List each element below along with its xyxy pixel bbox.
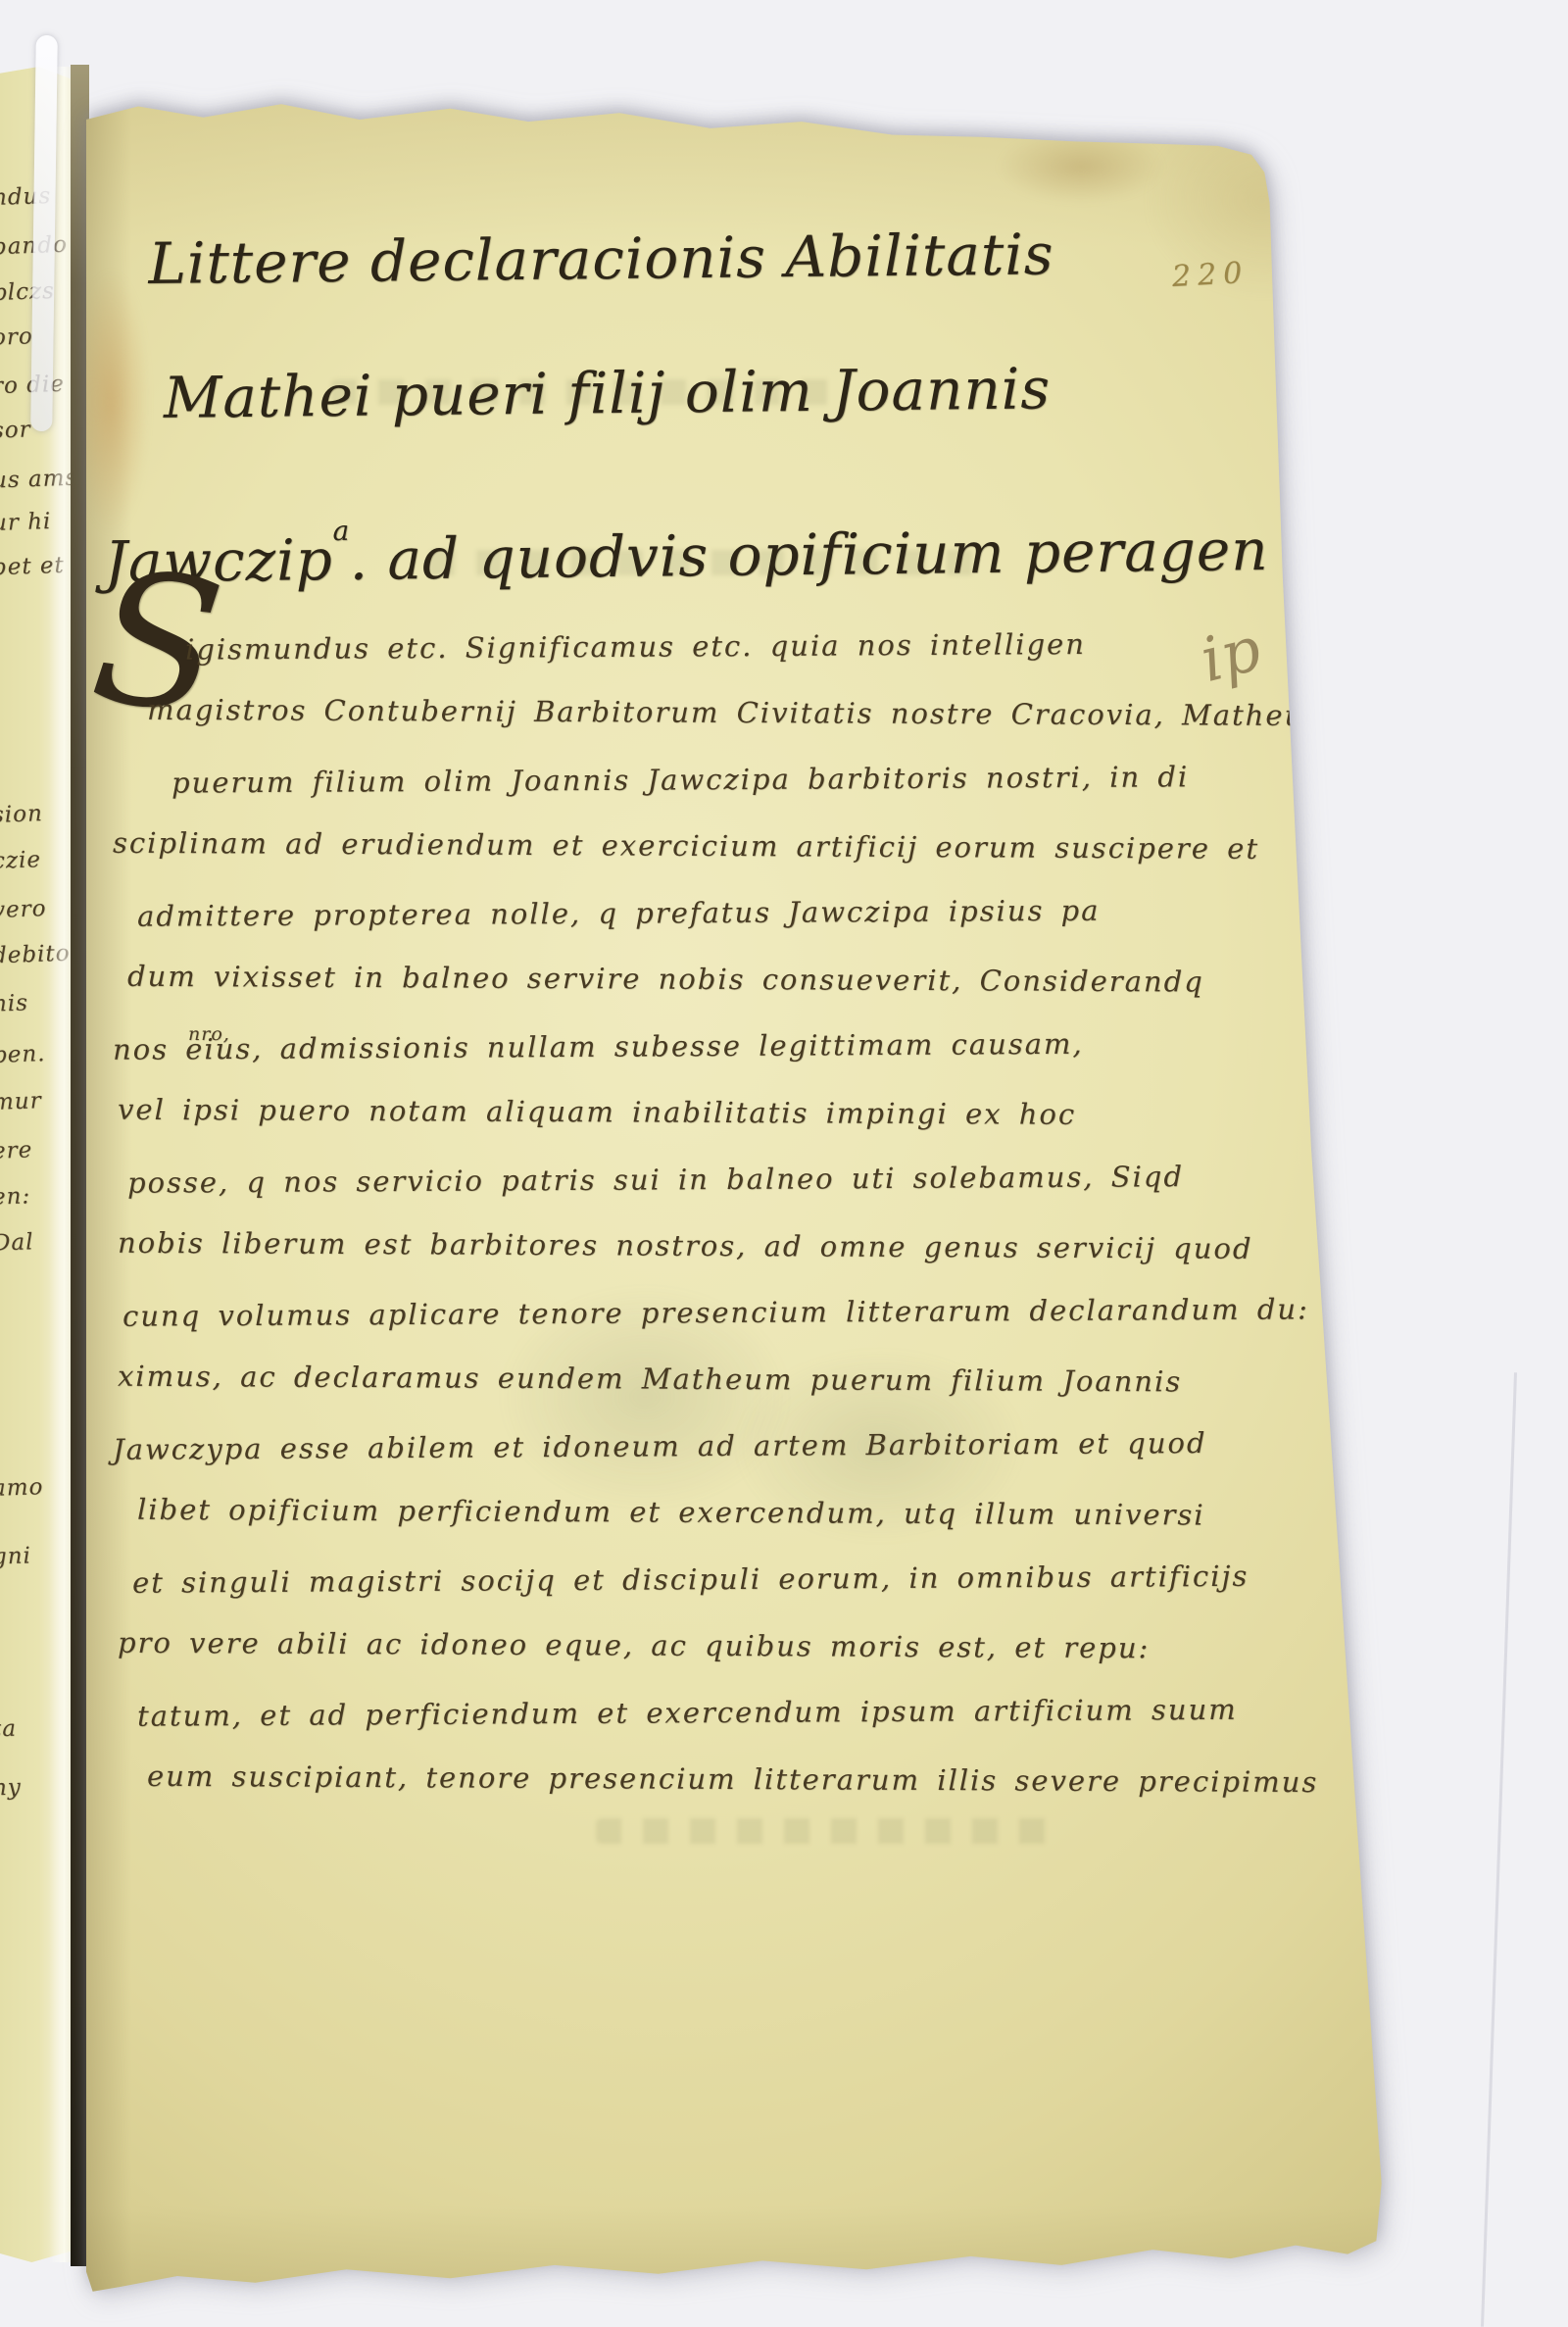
body-line: ximus, ac declaramus eundem Matheum puer… [118, 1343, 1336, 1416]
heading-line-1: Littere declaracionis Abilitatis [148, 185, 1266, 331]
body-line: dum vixisset in balneo servire nobis con… [127, 943, 1336, 1015]
body-line: puerum filium olim Joannis Jawczipa barb… [171, 742, 1336, 816]
left-page-fragment: pen. [0, 1041, 46, 1068]
heading-line-2: Mathei pueri filij olim Joannis [163, 320, 1267, 466]
body-text: S nro, igismundus etc. Significamus etc.… [111, 613, 1336, 1812]
body-line: pro vere abili ac idoneo eque, ac quibus… [118, 1609, 1336, 1683]
body-line: sciplinam ad erudiendum et exercicium ar… [113, 810, 1336, 883]
left-page-fragment: mur [0, 1088, 42, 1115]
left-page-fragment: vero [0, 896, 47, 923]
body-line: cunq volumus aplicare tenore presencium … [122, 1275, 1336, 1350]
body-line: nos eius, admissionis nullam subesse leg… [113, 1009, 1336, 1083]
left-page-fragment: ere [0, 1137, 33, 1163]
body-line: magistros Contubernij Barbitorum Civitat… [147, 676, 1336, 749]
heading-superscript: a [332, 515, 349, 547]
body-line: libet opificium perficiendum et exercend… [137, 1476, 1336, 1549]
left-page-fragment: oro [0, 323, 33, 350]
body-line: igismundus etc. Significamus etc. quia n… [185, 609, 1336, 682]
left-page-fragment: ny [0, 1774, 22, 1801]
body-line: eum suscipiant, tenore presencium litter… [147, 1743, 1336, 1815]
body-lines: igismundus etc. Significamus etc. quia n… [111, 613, 1336, 1812]
left-page-fragment: en: [0, 1183, 31, 1210]
heading-line-3: Jawczipa. ad quodvis opificium peragen [104, 454, 1270, 629]
left-page-fragment: sor [0, 417, 31, 443]
body-line: vel ipsi puero notam aliquam inabilitati… [118, 1076, 1336, 1150]
body-line: nobis liberum est barbitores nostros, ad… [118, 1210, 1336, 1283]
left-page-fragment: sion [0, 801, 43, 828]
body-line: tatum, et ad perficiendum et exercendum … [137, 1675, 1336, 1749]
left-page-fragment: czie [0, 847, 41, 874]
left-page-fragment: nis [0, 990, 28, 1016]
heading-line-3-rest: . ad quodvis opificium peragen [349, 517, 1269, 593]
left-page-fragment: ta [0, 1716, 17, 1743]
manuscript-page-wrap: Littere declaracionis Abilitatis Mathei … [86, 93, 1387, 2294]
left-page-fragment: ur hi [0, 509, 52, 536]
body-line: et singuli magistri socijq et discipuli … [132, 1542, 1336, 1616]
manuscript-scan: ndus bando plczs oro ro die sor us ams u… [0, 0, 1568, 2327]
body-line: Jawczypa esse abilem et idoneum ad artem… [113, 1409, 1336, 1483]
body-line: posse, q nos servicio patris sui in baln… [127, 1142, 1336, 1216]
document-heading: Littere declaracionis Abilitatis Mathei … [148, 185, 1270, 629]
left-page-fragment: Dal [0, 1229, 34, 1256]
body-line: admittere propterea nolle, q prefatus Ja… [137, 875, 1336, 949]
left-page-fragment: gni [0, 1543, 31, 1569]
ink-showthrough [596, 1818, 1056, 1844]
left-page-fragment: amo [0, 1474, 44, 1502]
manuscript-page: Littere declaracionis Abilitatis Mathei … [86, 93, 1387, 2294]
folio-number: 220 [1171, 256, 1249, 294]
background-page-fold [1481, 1372, 1517, 2327]
